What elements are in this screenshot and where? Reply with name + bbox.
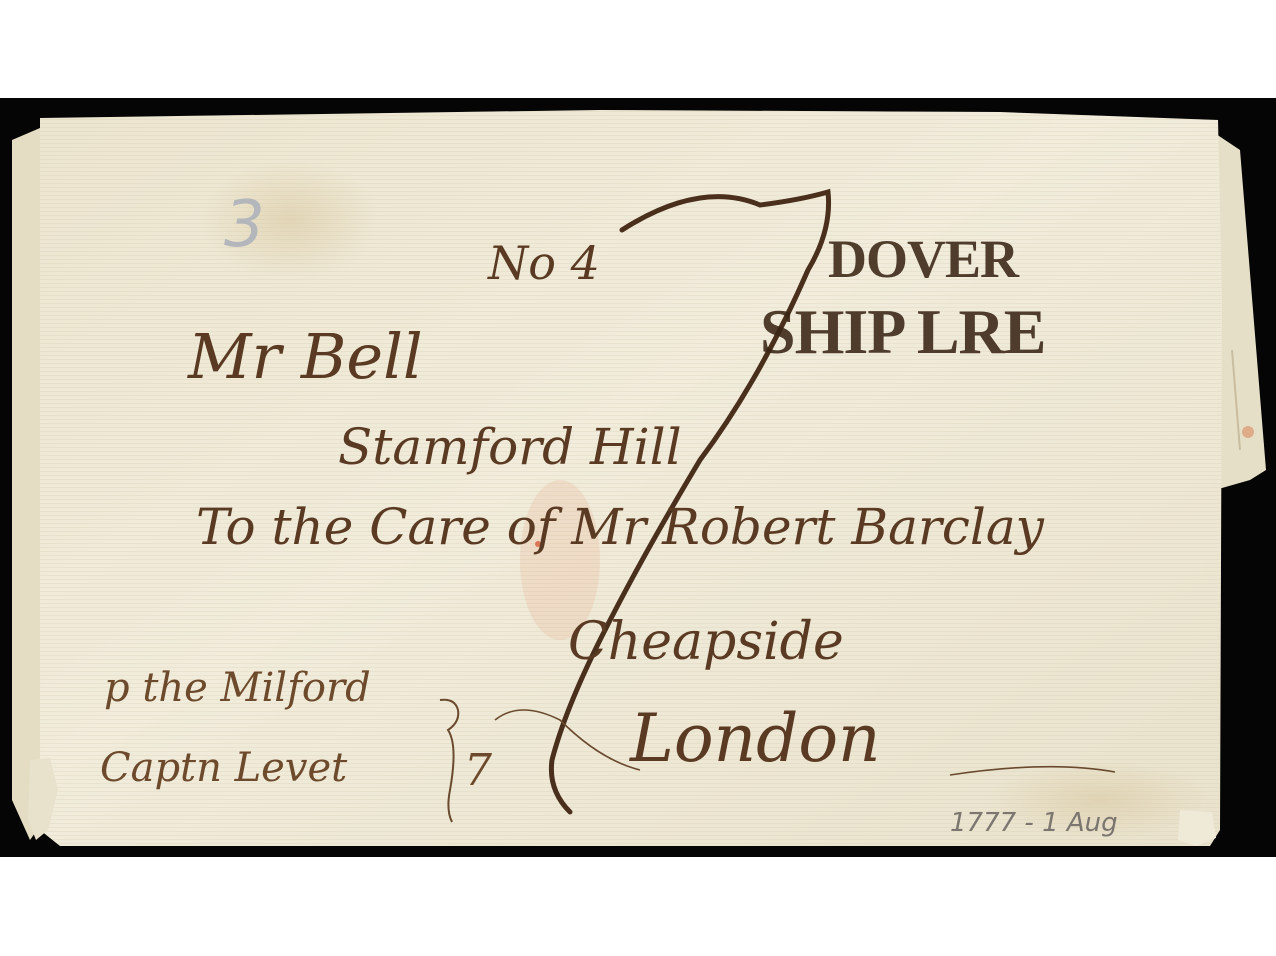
ship-endorsement-line-1: p the Milford [104, 665, 371, 711]
pencil-note-bottom: 1777 - 1 Aug [950, 808, 1118, 838]
address-line-5: London [630, 700, 881, 777]
pencil-mark-top: 3 [224, 188, 265, 262]
left-fold-flap [12, 128, 44, 840]
ship-endorsement-line-2: Captn Levet [100, 745, 347, 791]
address-line-4: Cheapside [568, 612, 844, 672]
postmark-line2: SHIP LRE [760, 300, 1045, 364]
address-line-1: Mr Bell [188, 320, 423, 393]
rate-marking: 7 [464, 745, 492, 796]
docket-number: No 4 [488, 236, 600, 290]
address-line-3: To the Care of Mr Robert Barclay [196, 498, 1044, 556]
postmark-line1: DOVER [828, 232, 1018, 286]
address-line-2: Stamford Hill [338, 418, 682, 476]
